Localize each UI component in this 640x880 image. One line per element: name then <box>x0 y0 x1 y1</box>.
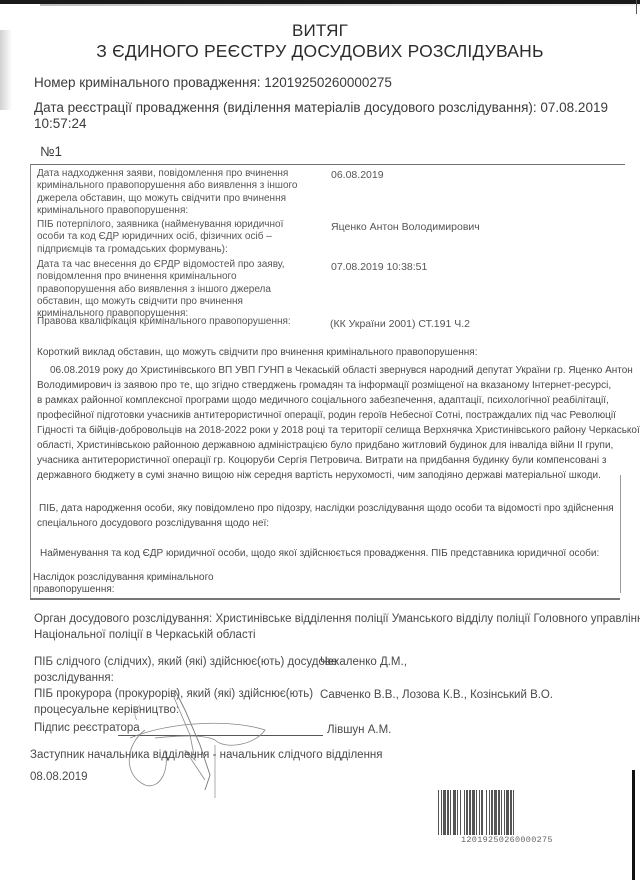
legal-entity-label: Найменування та код ЄДР юридичної особи,… <box>40 547 599 562</box>
summary-line: державного бюджету в сумі значно вищою н… <box>37 469 601 484</box>
investigator-label-line: ПІБ слідчого (слідчих), який (які) здійс… <box>34 654 337 670</box>
summary-line: області, Христинівською районною державн… <box>37 439 613 454</box>
scan-right-edge <box>636 0 637 14</box>
investigator-label: ПІБ слідчого (слідчих), який (які) здійс… <box>34 654 337 686</box>
scan-right-edge <box>632 770 635 880</box>
record-box-bottom-border <box>30 598 620 600</box>
field-value-receipt-date: 06.08.2019 <box>331 169 384 181</box>
document-date: 08.08.2019 <box>30 770 88 785</box>
suspect-label: ПІБ, дата народження особи, яку повідомл… <box>39 502 614 517</box>
case-number-label: Номер кримінального провадження: <box>34 75 261 90</box>
prosecutor-value: Савченко В.В., Лозова К.В., Козінський В… <box>320 688 553 703</box>
investigator-value: Чекаленко Д.М., <box>320 655 407 670</box>
document-subtitle: З ЄДИНОГО РЕЄСТРУ ДОСУДОВИХ РОЗСЛІДУВАНЬ <box>0 41 640 62</box>
case-number-value: 12019250260000275 <box>264 75 392 90</box>
summary-label: Короткий виклад обставин, що можуть свід… <box>37 346 477 361</box>
outcome-label: правопорушення: <box>33 584 115 596</box>
outcome-label: Наслідок розслідування кримінального <box>33 572 214 584</box>
record-box-right-border <box>620 475 621 593</box>
barcode <box>438 790 583 835</box>
investigator-label-line: розслідування: <box>34 670 337 686</box>
field-label-entry-datetime: Дата та час внесення до ЄРДР відомостей … <box>37 259 305 320</box>
field-label-victim: ПІБ потерпілого, заявника (найменування … <box>37 219 305 256</box>
document-title: ВИТЯГ <box>0 21 640 41</box>
summary-line: 06.08.2019 року до Христинівського ВП УВ… <box>50 364 633 379</box>
field-label-qualification: Правова кваліфікація кримінального право… <box>37 316 291 328</box>
field-value-qualification: (КК України 2001) СТ.191 Ч.2 <box>330 318 470 330</box>
summary-line: в рамках районної комплексної програми щ… <box>37 394 609 409</box>
barcode-number: 12019250260000275 <box>461 835 553 845</box>
entry-number: №1 <box>40 144 62 159</box>
suspect-label: спеціального досудового розслідування що… <box>37 517 269 532</box>
registration-date: Дата реєстрації провадження (виділення м… <box>34 100 624 132</box>
investigation-authority: Орган досудового розслідування: Христині… <box>34 611 640 643</box>
field-value-entry-datetime: 07.08.2019 10:38:51 <box>331 261 427 273</box>
registrar-name: Лівшун А.М. <box>327 723 391 738</box>
scan-shadow <box>40 4 640 6</box>
summary-line: учасника антитерористичної операції гр. … <box>37 454 606 469</box>
investigation-authority-line: Орган досудового розслідування: Христині… <box>34 611 640 627</box>
handwritten-signature <box>115 690 275 800</box>
field-label-receipt-date: Дата надходження заяви, повідомлення про… <box>37 168 305 217</box>
field-value-victim: Яценко Антон Володимирович <box>331 221 480 233</box>
signatory-position: Заступник начальника відділення - началь… <box>30 748 383 763</box>
investigation-authority-line: Національної поліції в Черкаській област… <box>34 627 640 643</box>
case-number-line: Номер кримінального провадження: 1201925… <box>34 75 392 90</box>
summary-line: Володимирович із заявою про те, що згідн… <box>37 379 611 394</box>
summary-line: Гідності та бійців-добровольців на 2018-… <box>37 424 640 439</box>
summary-line: професійної підготовки учасників антитер… <box>37 409 616 424</box>
